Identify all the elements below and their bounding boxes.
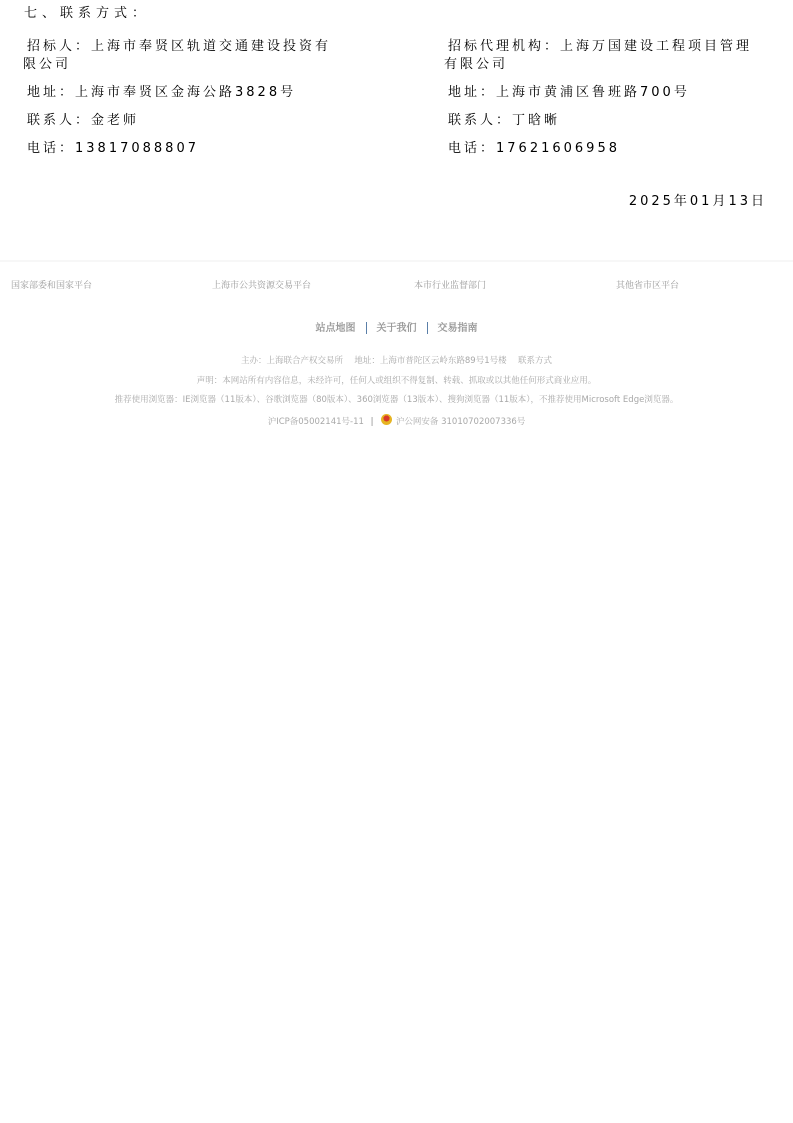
link-icp-record[interactable]: 沪ICP备05002141号-11	[268, 417, 364, 427]
link-industry-supervision[interactable]: 本市行业监督部门	[414, 278, 486, 291]
tenderer-phone: 电话：13817088807	[23, 140, 373, 158]
link-about-us[interactable]: 关于我们	[377, 323, 417, 334]
record-separator: |	[371, 417, 374, 427]
agency-name-line1: 招标代理机构：上海万国建设工程项目管理	[444, 38, 793, 56]
footer-records: 沪ICP备05002141号-11 | 沪公网安备 31010702007336…	[0, 414, 793, 427]
link-national-platforms[interactable]: 国家部委和国家平台	[11, 278, 92, 291]
platform-links: 国家部委和国家平台 上海市公共资源交易平台 本市行业监督部门 其他省市区平台	[0, 278, 793, 294]
link-trading-guide[interactable]: 交易指南	[438, 323, 478, 334]
footer-statement: 声明：本网站所有内容信息，未经许可，任何人或组织不得复制、转载、抓取或以其他任何…	[0, 374, 793, 386]
agency-phone: 电话：17621606958	[444, 140, 793, 158]
agency-name-line2: 有限公司	[444, 56, 793, 74]
link-police-record[interactable]: 沪公网安备 31010702007336号	[396, 417, 525, 427]
link-other-provinces[interactable]: 其他省市区平台	[616, 278, 679, 291]
link-contact[interactable]: 联系方式	[518, 356, 552, 366]
host-text: 主办：上海联合产权交易所	[241, 356, 343, 366]
tenderer-name-line2: 限公司	[23, 56, 373, 74]
announcement-date: 2025年01月13日	[629, 190, 767, 209]
section-title: 七、联系方式：	[24, 2, 150, 21]
footer-browser-note: 推荐使用浏览器：IE浏览器（11版本）、谷歌浏览器（80版本）、360浏览器（1…	[0, 393, 793, 405]
nav-separator	[366, 322, 367, 334]
nav-separator	[427, 322, 428, 334]
police-badge-icon	[381, 414, 392, 425]
link-shanghai-public-resource[interactable]: 上海市公共资源交易平台	[212, 278, 311, 291]
tenderer-address: 地址：上海市奉贤区金海公路3828号	[23, 84, 373, 102]
agency-address: 地址：上海市黄浦区鲁班路700号	[444, 84, 793, 102]
host-address: 地址：上海市普陀区云岭东路89号1号楼	[354, 356, 506, 366]
footer-divider	[0, 260, 793, 262]
tenderer-contact-person: 联系人：金老师	[23, 112, 373, 130]
agency-contact-person: 联系人：丁晗晰	[444, 112, 793, 130]
footer-host-info: 主办：上海联合产权交易所 地址：上海市普陀区云岭东路89号1号楼 联系方式	[0, 354, 793, 366]
tenderer-contact: 招标人：上海市奉贤区轨道交通建设投资有 限公司 地址：上海市奉贤区金海公路382…	[23, 38, 373, 158]
footer-nav: 站点地图关于我们交易指南	[0, 319, 793, 334]
tenderer-name-line1: 招标人：上海市奉贤区轨道交通建设投资有	[23, 38, 373, 56]
link-sitemap[interactable]: 站点地图	[316, 323, 356, 334]
agency-contact: 招标代理机构：上海万国建设工程项目管理 有限公司 地址：上海市黄浦区鲁班路700…	[444, 38, 793, 158]
